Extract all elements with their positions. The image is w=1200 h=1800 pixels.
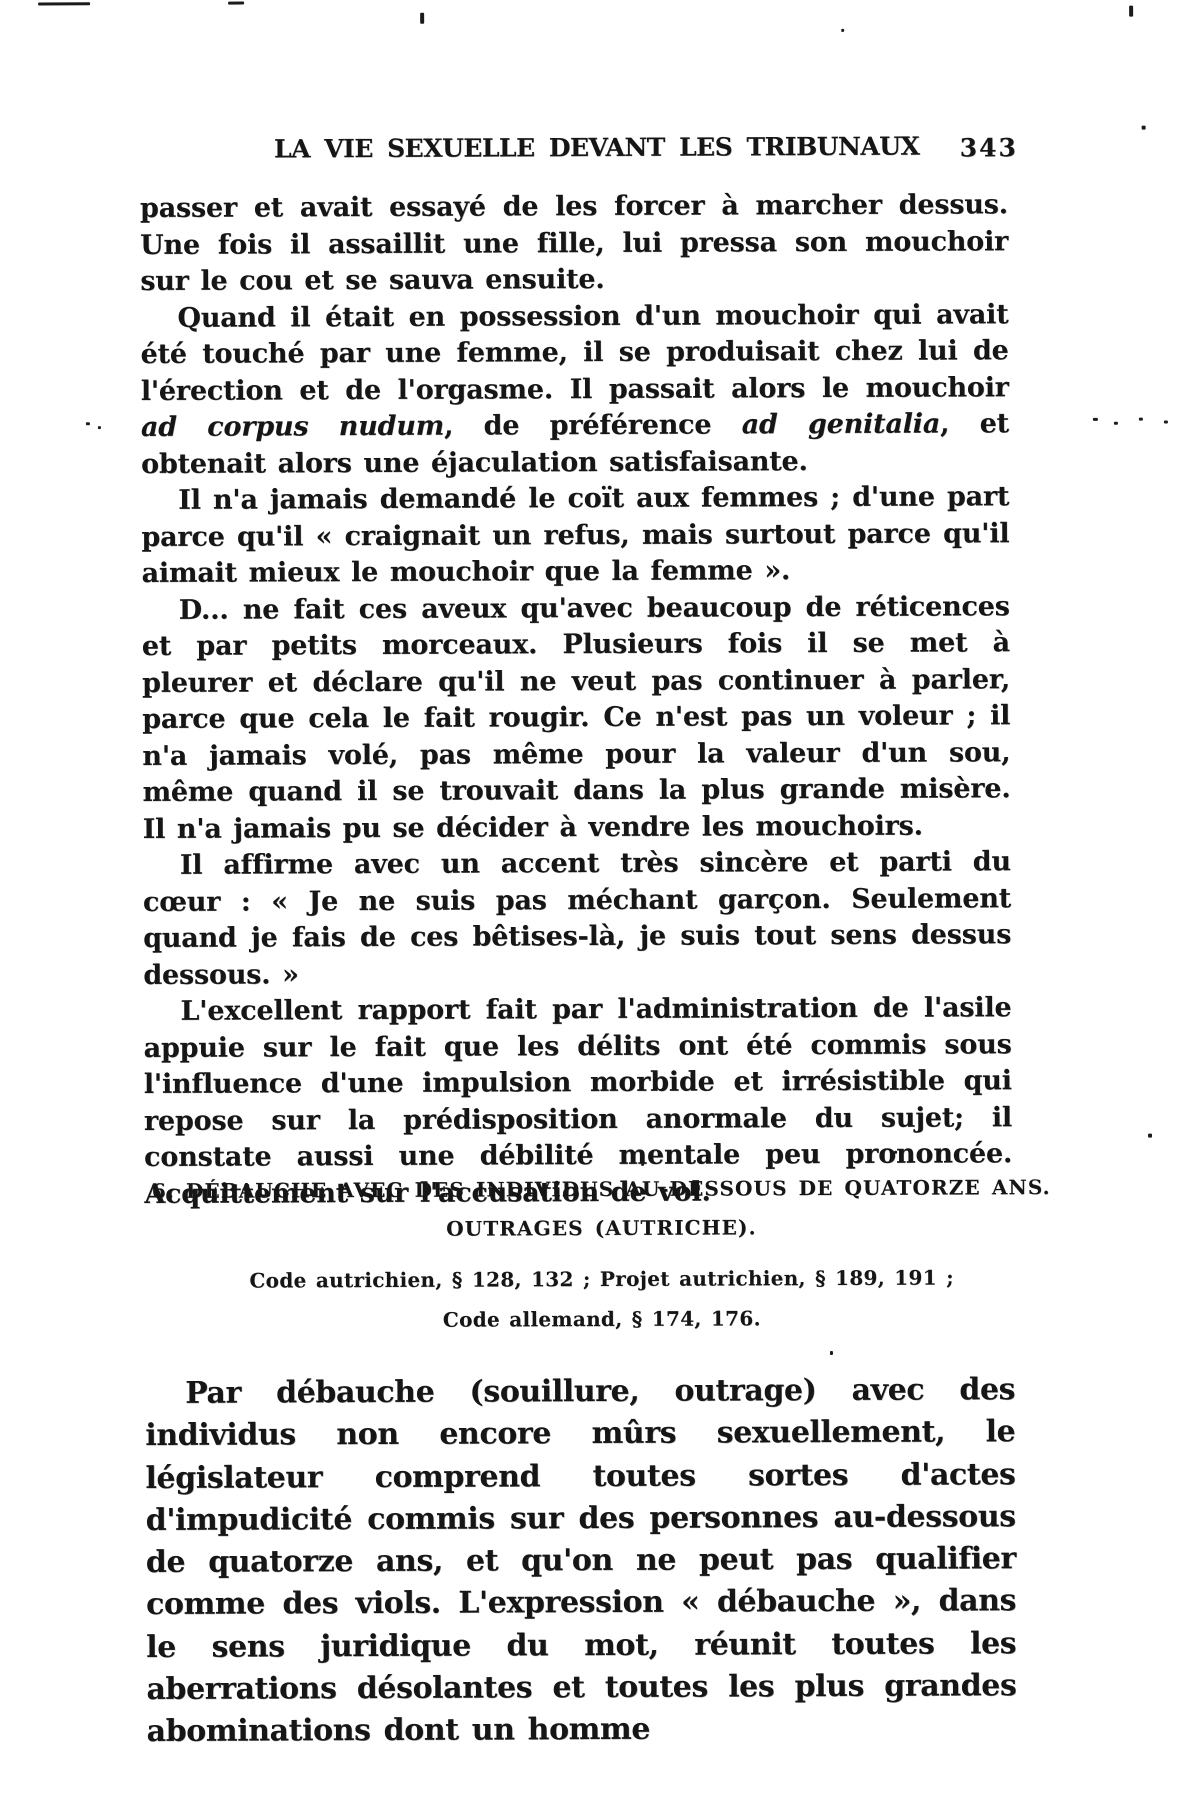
latin-phrase: ad genitalia bbox=[742, 409, 941, 441]
page-content: LA VIE SEXUELLE DEVANT LES TRIBUNAUX 343… bbox=[0, 0, 1200, 1800]
scan-speck bbox=[228, 2, 244, 5]
paragraph: passer et avait essayé de les forcer à m… bbox=[140, 187, 1008, 300]
scan-speck bbox=[841, 29, 844, 32]
statute-citation-line-1: Code autrichien, § 128, 132 ; Projet aut… bbox=[2, 1257, 1200, 1302]
scan-speck bbox=[1139, 418, 1143, 421]
scan-speck bbox=[1148, 1134, 1152, 1138]
paragraph: D... ne fait ces aveux qu'avec beaucoup … bbox=[142, 589, 1011, 848]
scan-speck bbox=[86, 422, 90, 425]
statute-citation-line-2: Code allemand, § 174, 176. bbox=[2, 1297, 1200, 1342]
section-heading-line-2: OUTRAGES (AUTRICHE). bbox=[1, 1206, 1200, 1250]
paragraph-segment: Quand il était en possession d'un moucho… bbox=[141, 299, 1009, 407]
paragraph: Quand il était en possession d'un moucho… bbox=[140, 297, 1009, 483]
paragraph: Par débauche (souillure, outrage) avec d… bbox=[145, 1369, 1017, 1753]
scan-speck bbox=[1142, 126, 1146, 130]
scan-speck bbox=[38, 2, 90, 5]
scan-speck bbox=[1114, 422, 1118, 425]
section-heading-line-1: 6. DÉBAUCHE AVEC DES INDIVIDUS AU-DESSOU… bbox=[1, 1167, 1200, 1211]
latin-phrase: ad corpus nudum bbox=[141, 411, 444, 443]
paragraph: Il affirme avec un accent très sincère e… bbox=[143, 844, 1012, 994]
statute-citation: Code autrichien, § 128, 132 ; Projet aut… bbox=[2, 1257, 1200, 1341]
case-report-text: passer et avait essayé de les forcer à m… bbox=[140, 187, 1012, 1213]
section-intro-text: Par débauche (souillure, outrage) avec d… bbox=[145, 1369, 1017, 1753]
scan-speck bbox=[98, 426, 101, 429]
scanned-book-page: LA VIE SEXUELLE DEVANT LES TRIBUNAUX 343… bbox=[0, 0, 1200, 1800]
scan-speck bbox=[894, 1151, 897, 1154]
paragraph-segment: , de préférence bbox=[444, 409, 742, 441]
scan-speck bbox=[1164, 421, 1168, 424]
section-heading: 6. DÉBAUCHE AVEC DES INDIVIDUS AU-DESSOU… bbox=[1, 1167, 1200, 1250]
scan-speck bbox=[830, 1351, 833, 1355]
paragraph: Il n'a jamais demandé le coït aux femmes… bbox=[141, 479, 1009, 592]
scan-speck bbox=[641, 1163, 644, 1166]
scan-noise bbox=[0, 0, 1196, 3]
scan-speck bbox=[420, 13, 424, 24]
scan-speck bbox=[1129, 6, 1133, 17]
scan-speck bbox=[902, 249, 905, 252]
page-number: 343 bbox=[960, 133, 1018, 162]
scan-speck bbox=[1093, 418, 1098, 421]
